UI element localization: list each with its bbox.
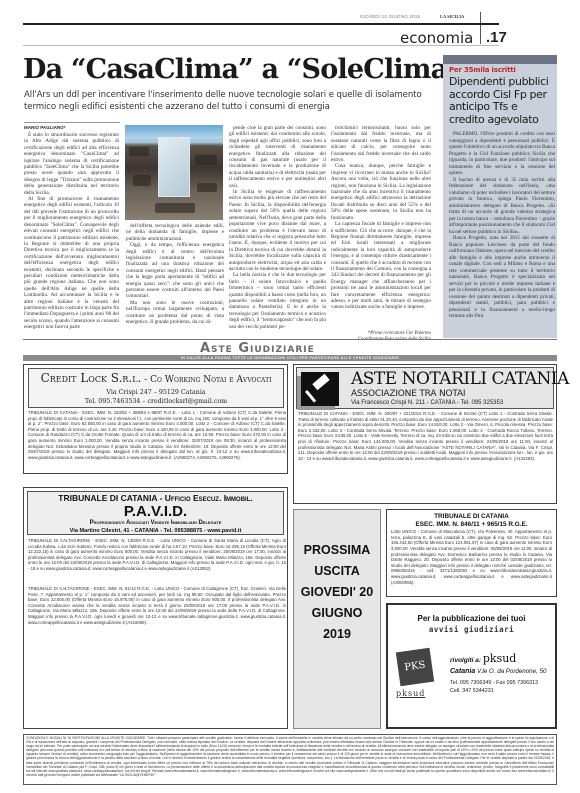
article-headline: Da “CasaClima” a “SoleClima” [23,54,462,85]
newspaper-logo: LA SICILIA [440,14,464,19]
paragraph: È stato lo straordinario successo regist… [24,132,119,196]
tribunale-catania-ad: TRIBUNALE DI CATANIA ESEC. IMM. N. 846/1… [386,509,557,597]
paragraph: PALERMO. Offrire prodotti di credito con… [449,131,555,177]
photo-stone [197,183,217,192]
city: Catania [450,668,475,675]
paragraph: Banca Progetto, nata nel 2015 dal riasse… [449,235,555,320]
header-divider [480,12,481,44]
conditions-text: CONDIZIONI E MODALITA' DI PARTECIPAZIONE… [26,736,554,777]
aste-section-title: Aste Giudiziarie [200,341,315,356]
credit-lock-header: Credit Lock S.r.l. - Co Working Notai e … [28,368,284,408]
pksud-logo-icon: PKS [396,648,434,686]
credit-lock-address: Via Crispi 247 – 95129 Catania [29,388,283,397]
conditions-box: CONDIZIONI E MODALITA' DI PARTECIPAZIONE… [23,734,557,785]
author-signature: *Primo ricercatore Cnr Palermo Coordinat… [331,331,431,343]
next-issue-line: USCITA [294,561,380,582]
next-issue-line: GIOVEDI' 20 [294,582,380,603]
next-issue-line: PROSSIMA [294,540,380,561]
photo-stone [195,155,217,165]
company-tagline: - Co Working Notai e Avvocati [141,375,271,385]
page-number: .17 [486,29,507,46]
next-issue-line: 2019 [294,624,380,645]
paragraph: pende cioè la gran parte dei consumi, so… [229,125,326,189]
sidebar-text: PALERMO. Offrire prodotti di credito con… [449,131,555,320]
article-column-4: trolchimici termoisolanti, buoni solo pe… [331,125,431,311]
notai-name: ASTE NOTARILI CATANIA [351,369,569,389]
article-subheadline: All'Ars un ddl per incentivare l'inserim… [24,90,434,113]
tribunale-subtitle: ESEC. IMM. N. 846/11 + 965/15 R.G.E. [387,521,556,529]
notai-notice: TRIBUNALE DI CATANIA - ESEC. IMM. N. 400… [298,411,553,461]
paragraph: La bella notizia è che le due tecnologie… [229,272,326,330]
sidebar-top-bar [443,55,557,64]
aste-banner: IN CALCE ALLA PAGINA TUTTE LE INFORMAZIO… [23,355,557,361]
tribunale-title: TRIBUNALE DI CATANIA [387,513,556,521]
pksud-cell: Cell. 347 5344231 [450,688,538,696]
pksud-heading-1: Per la pubblicazione dei tuoi [388,614,555,623]
pksud-address: Catania V.le O. da Pordenone, 50 [450,668,546,675]
notai-address: Via Francesco Crispi N. 211 - CATANIA - … [351,400,503,406]
pavid-address: Via Martino Cilestri, 41 - CATANIA - Tel… [28,527,283,535]
pksud-logo-text: pksud [396,689,425,698]
pavid-header: TRIBUNALE DI CATANIA - Ufficio Esecuz. I… [27,491,284,535]
article-column-3: pende cioè la gran parte dei consumi, so… [229,125,326,330]
paragraph: Cosa manca, dunque, perché famiglie e im… [331,163,431,221]
notai-subtitle: ASSOCIAZIONE TRA NOTAI [351,389,465,399]
article-column-2: dell'offerta tecnologica delle aziende e… [126,223,224,326]
article-column-1: È stato lo straordinario successo regist… [24,132,119,331]
next-issue-box: PROSSIMA USCITA GIOVEDI' 20 GIUGNO 2019 [293,509,381,729]
street: V.le O. da Pordenone, 50 [475,668,546,675]
pksud-contact-label: rivolgiti a: pksud [450,652,516,665]
photo-panel [158,137,190,197]
gavel-icon [301,372,339,406]
contact-name: pksud [483,652,516,665]
paragraph: Al fine di promuovere il risanamento ene… [24,196,119,331]
sidebar-kicker: Per 35mila iscritti [449,66,516,74]
next-issue-line: GIUGNO [294,603,380,624]
pavid-notice-2: TRIBUNALE DI CALTAGIRONE - ESEC. IMM. N.… [28,586,286,625]
photo-stone [133,175,151,186]
credit-lock-name: Credit Lock S.r.l. - Co Working Notai e … [29,371,283,388]
article-byline: MARIO PAGLIARO* [24,125,65,130]
contact-label: rivolgiti a: [450,657,481,664]
section-rule [23,45,499,46]
pksud-phone: Tel. 095 7306349 - Fax 095 7306313 [450,680,538,688]
paragraph: Ma non sono le nuove costruzioni, nell'E… [126,300,224,326]
article-photo-solar-panel [125,125,223,220]
pksud-phones: Tel. 095 7306349 - Fax 095 7306313 Cell.… [450,680,538,695]
byline-rule [24,122,120,123]
pksud-heading-2: avvisi giudiziari [388,625,555,634]
sidebar-title: Dipendenti pubblici accordo Cisl Fp per … [449,76,555,126]
paragraph: La capienza fiscale di famiglie e impres… [331,221,431,311]
paragraph: trolchimici termoisolanti, buoni solo pe… [331,125,431,163]
pavid-name: P.A.V.I.D. [28,504,283,519]
pavid-notice-1: TRIBUNALE DI CALTAGIRONE - ESEC. IMM. N.… [28,538,286,572]
section-divider [23,339,557,340]
paragraph: Oggi, e da tempo, l'efficienza energetic… [126,242,224,300]
company-name: Credit Lock S.r.l. [41,371,142,385]
pavid-line-3: Professionisti Associati Vendite Immobil… [28,519,283,527]
issue-date: GIOVEDÌ 13 GIUGNO 2019 [360,14,420,19]
aste-notarili-header: ASTE NOTARILI CATANIA ASSOCIAZIONE TRA N… [296,367,554,409]
credit-lock-contact: Tel. 095.7463534 – creditlocksrl@gmail.c… [29,397,283,406]
pksud-ad: Per la pubblicazione dei tuoi avvisi giu… [386,603,557,729]
photo-stone [129,147,149,156]
header-rule [23,23,499,25]
photo-stone [155,203,195,213]
credit-lock-notice: TRIBUNALE DI CATANIA - ESEC. IMM. N. 153… [28,410,286,460]
paragraph: dell'offerta tecnologica delle aziende e… [126,223,224,242]
paragraph: Il bacino di utenza è di 35 mila iscritt… [449,177,555,236]
tribunale-notice: Lotto UNICO - Comune di Mascalucia (CT),… [387,528,556,586]
paragraph: In Sicilia le esigenze di raffrescamento… [229,189,326,272]
